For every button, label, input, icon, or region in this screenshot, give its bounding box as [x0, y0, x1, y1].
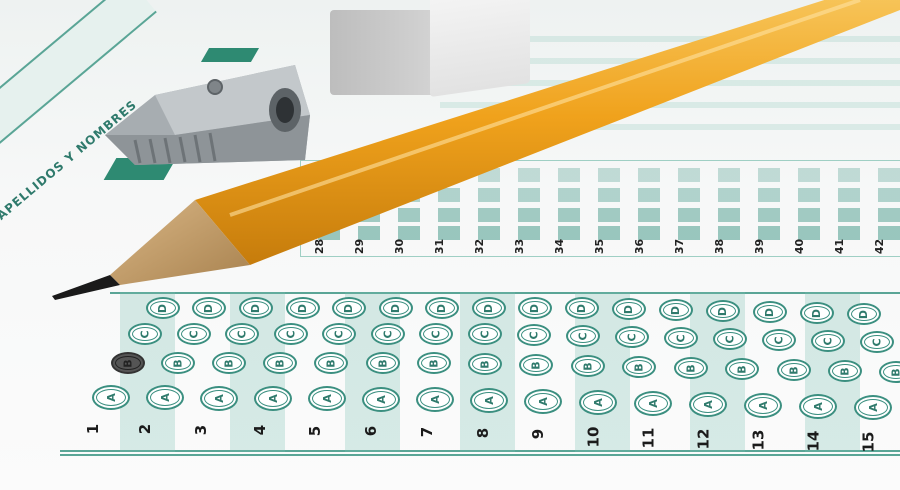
photo-scene: APELLIDOS Y NOMBRES 28 29 30 31 32 33 34…	[0, 0, 900, 490]
pencil	[0, 0, 900, 490]
